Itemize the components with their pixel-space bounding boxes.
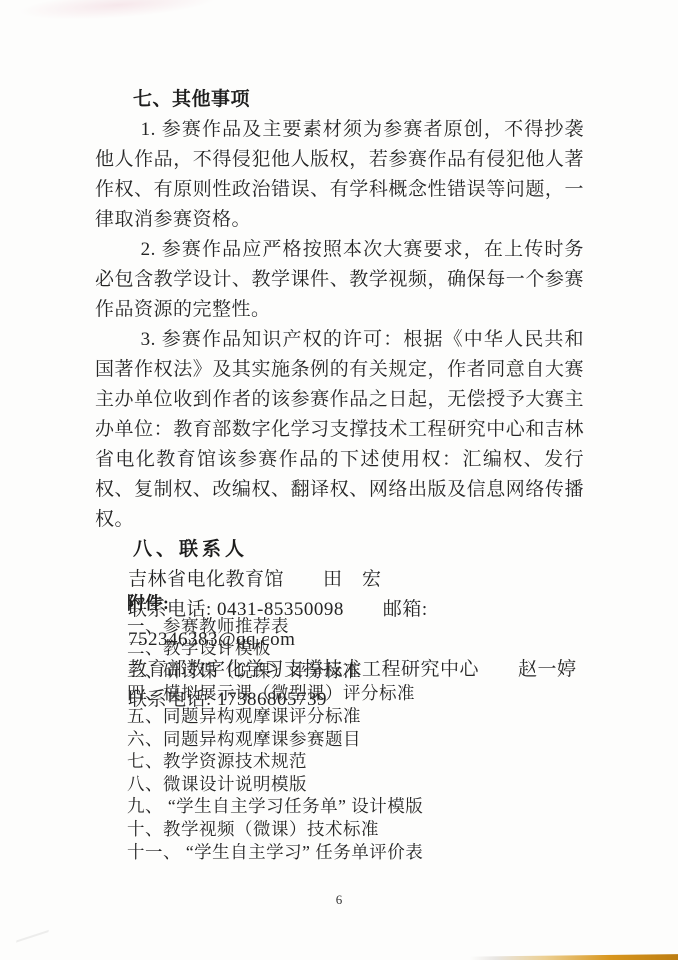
attachment-item-10: 十、教学视频（微课）技术标准 [127, 818, 587, 841]
page-number: 6 [0, 892, 678, 908]
attachment-item-7: 七、教学资源技术规范 [127, 750, 587, 773]
attachment-item-1: 一、参赛教师推荐表 [127, 615, 587, 638]
attachment-item-2: 二、教学设计模板 [127, 637, 587, 660]
attachments-list: 附件: 一、参赛教师推荐表 二、教学设计模板 三、研讨课（说课）评分标准 四、模… [127, 592, 587, 863]
attachment-item-3: 三、研讨课（说课）评分标准 [127, 660, 587, 683]
document-page: 七、其他事项 1. 参赛作品及主要素材须为参赛者原创，不得抄袭他人作品，不得侵犯… [0, 0, 678, 960]
attachment-item-9: 九、 “学生自主学习任务单” 设计模版 [127, 795, 587, 818]
attachments-label: 附件: [127, 592, 587, 615]
section-heading-contacts: 八、联系人 [95, 535, 584, 565]
attachment-item-5: 五、同题异构观摩课评分标准 [127, 705, 587, 728]
scan-smudge-top [17, 0, 218, 25]
contact-org-person-1: 吉林省电化教育馆 田 宏 [128, 565, 584, 595]
attachment-item-11: 十一、 “学生自主学习” 任务单评价表 [127, 841, 587, 864]
paragraph-upload-requirements: 2. 参赛作品应严格按照本次大赛要求，在上传时务必包含教学设计、教学课件、教学视… [95, 235, 584, 325]
paragraph-originality: 1. 参赛作品及主要素材须为参赛者原创，不得抄袭他人作品，不得侵犯他人版权，若参… [95, 115, 584, 235]
section-heading-other-items: 七、其他事项 [95, 85, 584, 115]
paragraph-copyright-license: 3. 参赛作品知识产权的许可：根据《中华人民共和国著作权法》及其实施条例的有关规… [95, 325, 584, 535]
scan-gold-edge [470, 954, 678, 960]
attachment-item-6: 六、同题异构观摩课参赛题目 [127, 728, 587, 751]
scan-mark-bottom-left [13, 930, 49, 956]
attachment-item-8: 八、微课设计说明模版 [127, 773, 587, 796]
attachment-item-4: 四、模拟展示课（微型课）评分标准 [127, 682, 587, 705]
